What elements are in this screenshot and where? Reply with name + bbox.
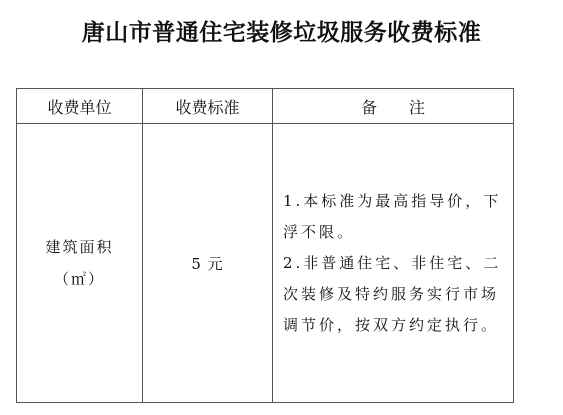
remarks-cell: 1.本标准为最高指导价，下浮不限。 2.非普通住宅、非住宅、二次装修及特约服务实… <box>273 124 514 403</box>
remark-item-1: 1.本标准为最高指导价，下浮不限。 <box>283 186 505 248</box>
remark-item-2: 2.非普通住宅、非住宅、二次装修及特约服务实行市场调节价，按双方约定执行。 <box>283 248 505 341</box>
header-fee-standard: 收费标准 <box>143 89 273 124</box>
fee-unit-measure: （㎡） <box>17 263 142 295</box>
fee-unit-label: 建筑面积 <box>17 231 142 263</box>
fee-unit-cell: 建筑面积 （㎡） <box>17 124 143 403</box>
table-row: 建筑面积 （㎡） 5 元 1.本标准为最高指导价，下浮不限。 2.非普通住宅、非… <box>17 124 514 403</box>
header-fee-unit: 收费单位 <box>17 89 143 124</box>
fee-table: 收费单位 收费标准 备 注 建筑面积 （㎡） 5 元 1.本标准为最高指导价，下… <box>16 88 514 403</box>
fee-standard-cell: 5 元 <box>143 124 273 403</box>
document-title: 唐山市普通住宅装修垃圾服务收费标准 <box>0 14 563 47</box>
table-header-row: 收费单位 收费标准 备 注 <box>17 89 514 124</box>
header-remarks: 备 注 <box>273 89 514 124</box>
